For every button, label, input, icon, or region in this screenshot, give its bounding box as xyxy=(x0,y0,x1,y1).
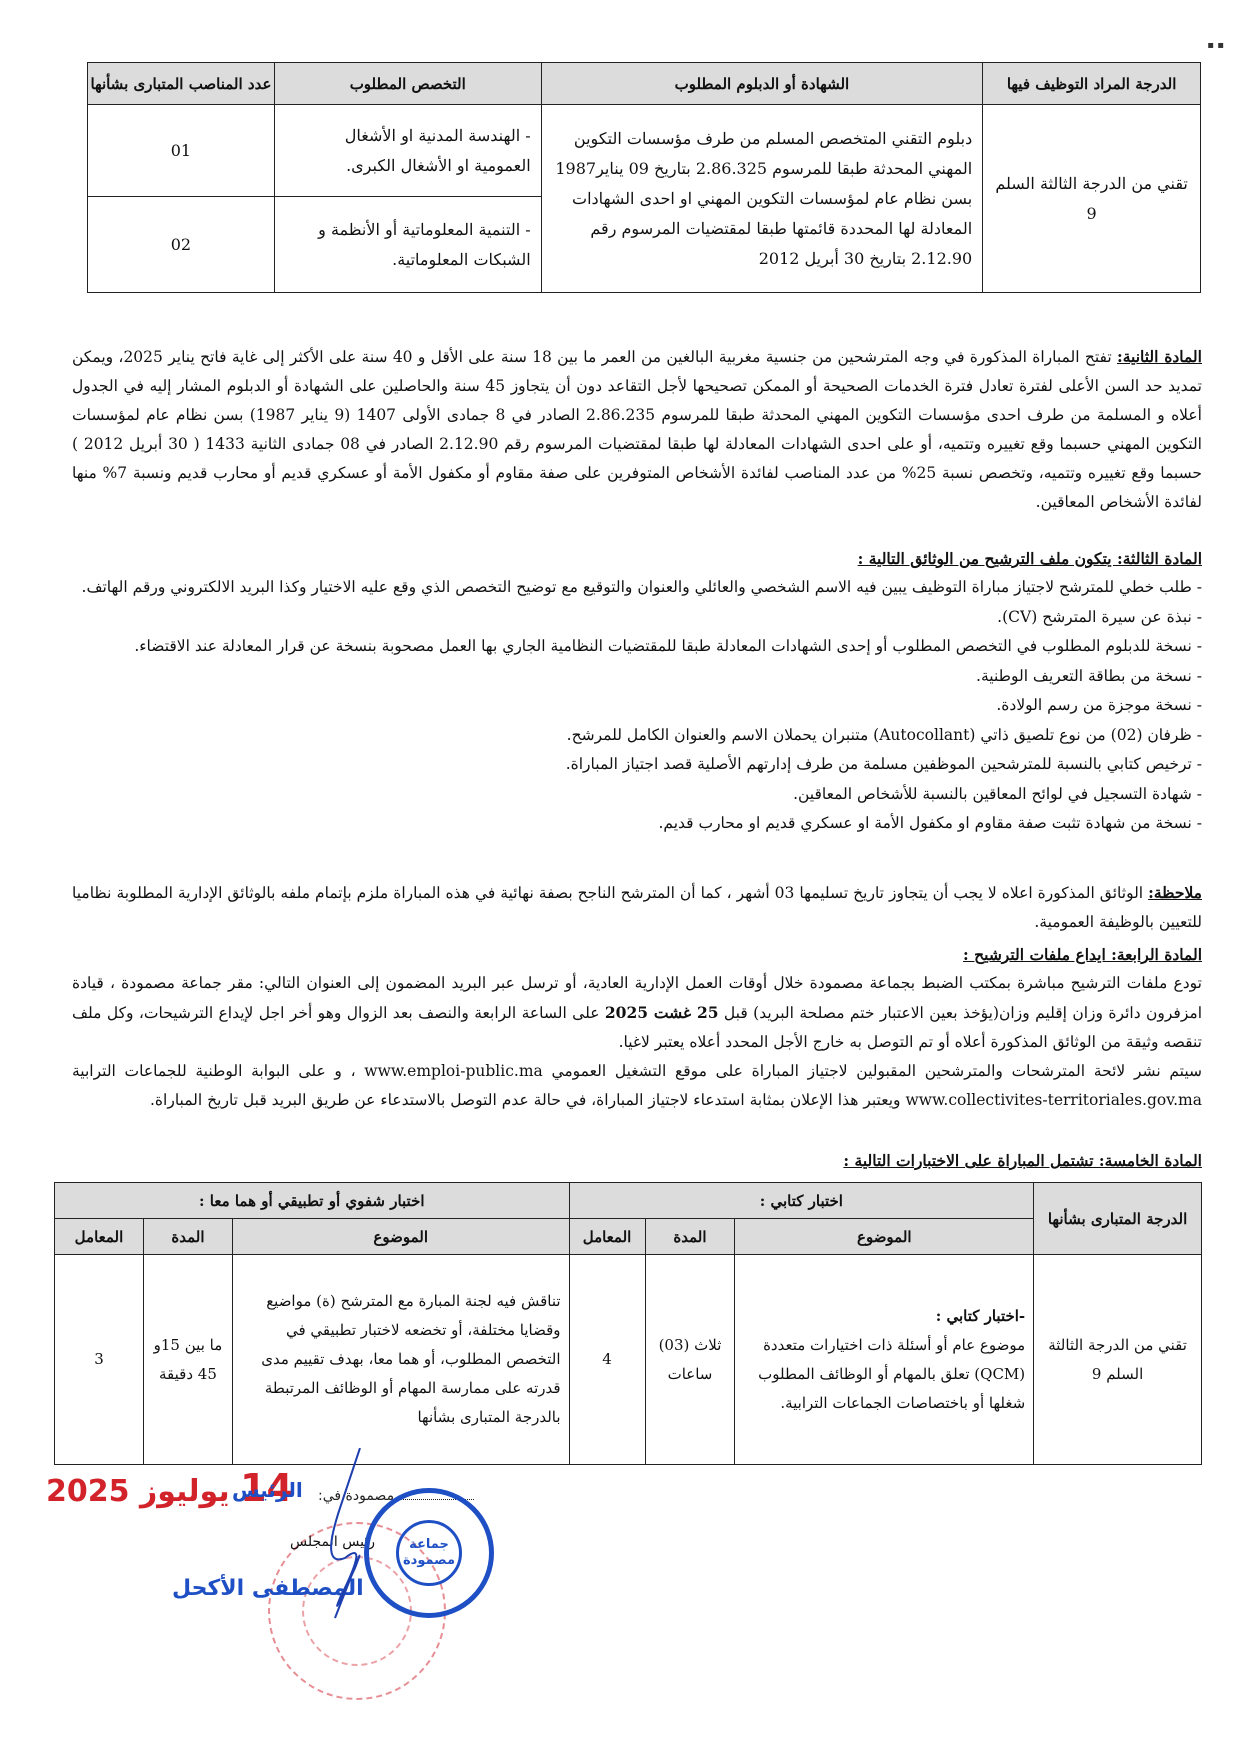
table-row: تقني من الدرجة الثالثة السلم 9 دبلوم الت… xyxy=(88,105,1201,197)
documents-list: طلب خطي للمترشح لاجتياز مباراة التوظيف ي… xyxy=(72,573,1202,839)
header-count: عدد المناصب المتبارى بشأنها xyxy=(88,63,275,105)
header-exam-grade: الدرجة المتبارى بشأنها xyxy=(1034,1183,1202,1255)
header-diploma: الشهادة أو الدبلوم المطلوب xyxy=(541,63,983,105)
article-4-title: المادة الرابعة: ايداع ملفات الترشيح : xyxy=(72,940,1202,969)
list-item: نسخة للدبلوم المطلوب في التخصص المطلوب أ… xyxy=(72,632,1202,662)
header-written-duration: المدة xyxy=(645,1219,735,1255)
header-oral-duration: المدة xyxy=(143,1219,232,1255)
list-item: شهادة التسجيل في لوائح المعاقين بالنسبة … xyxy=(72,780,1202,810)
list-item: نسخة من شهادة تثبت صفة مقاوم او مكفول ال… xyxy=(72,809,1202,839)
header-grade: الدرجة المراد التوظيف فيها xyxy=(983,63,1201,105)
posts-table: الدرجة المراد التوظيف فيها الشهادة أو ال… xyxy=(87,62,1201,293)
header-written-subject: الموضوع xyxy=(735,1219,1034,1255)
signature-title: الرئيس xyxy=(232,1478,303,1502)
count-cell: 02 xyxy=(88,197,275,293)
article-3: المادة الثالثة: يتكون ملف الترشيح من الو… xyxy=(72,544,1202,839)
article-5: المادة الخامسة: تشتمل المباراة على الاخت… xyxy=(72,1146,1202,1175)
oral-coefficient-cell: 3 xyxy=(55,1255,144,1465)
header-specialty: التخصص المطلوب xyxy=(274,63,541,105)
collectivites-link[interactable]: www.collectivites-territoriales.gov.ma xyxy=(905,1091,1202,1109)
header-written-coefficient: المعامل xyxy=(569,1219,645,1255)
header-oral-coefficient: المعامل xyxy=(55,1219,144,1255)
count-cell: 01 xyxy=(88,105,275,197)
article-4: المادة الرابعة: ايداع ملفات الترشيح : تو… xyxy=(72,940,1202,1115)
blue-stamp-icon: جماعة مصمودة xyxy=(364,1488,494,1618)
header-oral-subject: الموضوع xyxy=(232,1219,569,1255)
list-item: طلب خطي للمترشح لاجتياز مباراة التوظيف ي… xyxy=(72,573,1202,603)
header-written: اختبار كتابي : xyxy=(569,1183,1034,1219)
article-2-title: المادة الثانية: xyxy=(1117,347,1202,366)
list-item: ترخيص كتابي بالنسبة للمترشحين الموظفين م… xyxy=(72,750,1202,780)
note: ملاحظة: الوثائق المذكورة اعلاه لا يجب أن… xyxy=(72,878,1202,937)
header-oral: اختبار شفوي أو تطبيقي أو هما معا : xyxy=(55,1183,570,1219)
list-item: ظرفان (02) من نوع تلصيق ذاتي (Autocollan… xyxy=(72,721,1202,751)
written-duration-cell: ثلاث (03) ساعات xyxy=(645,1255,735,1465)
oral-subject-cell: تناقش فيه لجنة المبارة مع المترشح (ة) مو… xyxy=(232,1255,569,1465)
list-item: نسخة موجزة من رسم الولادة. xyxy=(72,691,1202,721)
diploma-cell: دبلوم التقني المتخصص المسلم من طرف مؤسسا… xyxy=(541,105,983,293)
exams-table: الدرجة المتبارى بشأنها اختبار كتابي : اخ… xyxy=(54,1182,1202,1465)
handwritten-signature-icon xyxy=(300,1448,380,1628)
note-title: ملاحظة: xyxy=(1148,883,1202,902)
exams-header-row-1: الدرجة المتبارى بشأنها اختبار كتابي : اخ… xyxy=(55,1183,1202,1219)
table-row: تقني من الدرجة الثالثة السلم 9 -اختبار ك… xyxy=(55,1255,1202,1465)
note-text: الوثائق المذكورة اعلاه لا يجب أن يتجاوز … xyxy=(72,884,1202,931)
article-3-title: المادة الثالثة: يتكون ملف الترشيح من الو… xyxy=(72,544,1202,573)
scan-mark: ▪ ▪ xyxy=(1207,40,1224,51)
list-item: نسخة من بطاقة التعريف الوطنية. xyxy=(72,662,1202,692)
article-4-deposit-text: تودع ملفات الترشيح مباشرة بمكتب الضبط بج… xyxy=(72,969,1202,1057)
article-4-publish-text: سيتم نشر لائحة المترشحات والمترشحين المق… xyxy=(72,1057,1202,1115)
emploi-public-link[interactable]: www.emploi-public.ma xyxy=(364,1062,542,1080)
deadline: 25 غشت 2025 xyxy=(605,1003,719,1022)
written-subject-cell: -اختبار كتابي : موضوع عام أو أسئلة ذات ا… xyxy=(735,1255,1034,1465)
grade-cell: تقني من الدرجة الثالثة السلم 9 xyxy=(983,105,1201,293)
exam-grade-cell: تقني من الدرجة الثالثة السلم 9 xyxy=(1034,1255,1202,1465)
written-coefficient-cell: 4 xyxy=(569,1255,645,1465)
article-5-title: المادة الخامسة: تشتمل المباراة على الاخت… xyxy=(72,1146,1202,1175)
oral-duration-cell: ما بين 15و 45 دقيقة xyxy=(143,1255,232,1465)
exams-header-row-2: الموضوع المدة المعامل الموضوع المدة المع… xyxy=(55,1219,1202,1255)
article-2-text: تفتح المباراة المذكورة في وجه المترشحين … xyxy=(72,348,1202,511)
article-2: المادة الثانية: تفتح المباراة المذكورة ف… xyxy=(72,342,1202,517)
specialty-cell: - التنمية المعلوماتية أو الأنظمة و الشبك… xyxy=(274,197,541,293)
list-item: نبذة عن سيرة المترشح (CV). xyxy=(72,603,1202,633)
posts-table-header-row: الدرجة المراد التوظيف فيها الشهادة أو ال… xyxy=(88,63,1201,105)
specialty-cell: - الهندسة المدنية او الأشغال العمومية او… xyxy=(274,105,541,197)
document-page: ▪ ▪ الدرجة المراد التوظيف فيها الشهادة أ… xyxy=(0,0,1236,1750)
